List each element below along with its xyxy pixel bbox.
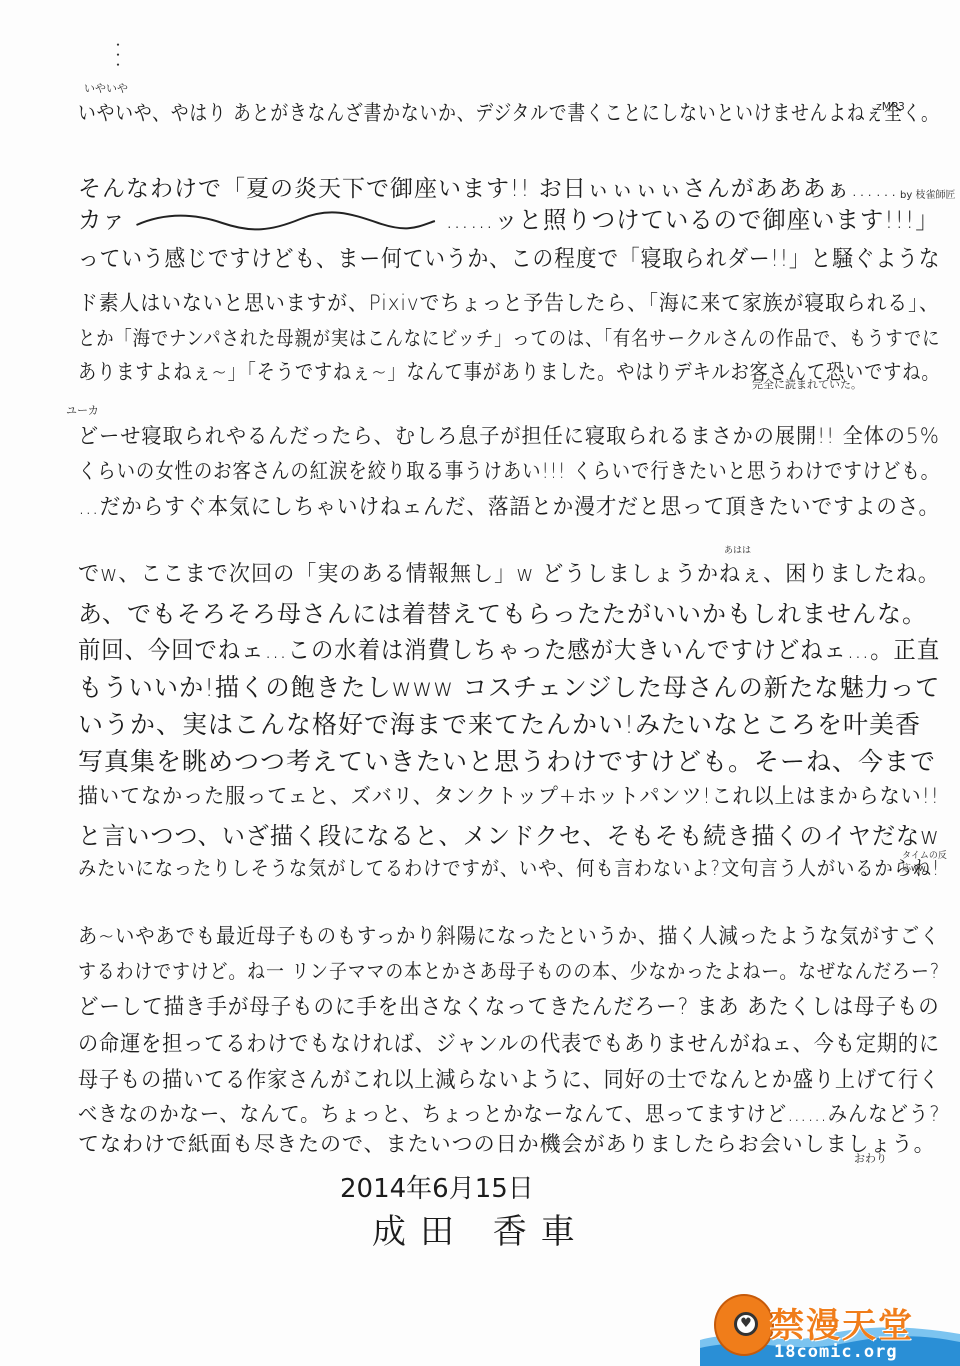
text-shining: ……ッと照りつけているので御座います!!!」 — [445, 206, 939, 234]
text-line: 描いてなかった服ってェと、ズバリ、タンクトップ+ホットパンツ!これ以上はまからな… — [78, 780, 940, 810]
text-line: ド素人はいないと思いますが、Pixivでちょっと予告したら、「海に来て家族が寝取… — [78, 287, 940, 317]
site-watermark: ♥ 禁漫天堂 18comic.org — [700, 1276, 960, 1366]
text-line: どーせ寝取られやるんだったら、むしろ息子が担任に寝取られるまさかの展開!! 全体… — [78, 420, 940, 450]
annotation-ahaha: あはは — [724, 543, 751, 556]
squiggle-line-icon — [135, 211, 437, 231]
text-line: 写真集を眺めつつ考えていきたいと思うわけですけども。そーね、今まで — [78, 742, 936, 778]
whale-mascot-icon: ♥ — [714, 1294, 774, 1356]
text-line: と言いつつ、いざ描く段になると、メンドクセ、そもそも続き描くのイヤだなw — [78, 816, 940, 851]
watermark-title: 禁漫天堂 — [770, 1298, 914, 1347]
text-line: 母子もの描いてる作家さんがこれ以上減らないように、同好の士でなんとか盛り上げて行… — [78, 1063, 940, 1094]
afterword-page: ・・・ いやいや zMP3 by 枝雀師匠 完全に読まれていた。 ユーカ あはは… — [0, 0, 960, 1366]
text-line: あ、でもそろそろ母さんには着替えてもらったたがいいかもしれませんな。 — [78, 594, 927, 629]
heart-icon: ♥ — [734, 1312, 758, 1336]
text-line: カァ ……ッと照りつけているので御座います!!!」 — [78, 200, 940, 235]
text-line: いうか、実はこんな格好で海まで来てたんかい!みたいなところを叶美香 — [78, 705, 921, 741]
text-kaa: カァ — [78, 206, 126, 234]
text-line: でw、ここまで次回の「実のある情報無し」w どうしましょうかねぇ、困りましたね。 — [78, 557, 940, 588]
annotation-by-shishou: by 枝雀師匠 — [900, 186, 955, 201]
text-line: みたいになったりしそうな気がしてるわけですが、いや、何も言わないよ?文句言う人が… — [78, 852, 940, 881]
text-line: いやいや、やはり あとがきなんざ書かないか、デジタルで書くことにしないといけませ… — [78, 97, 940, 127]
text-line: そんなわけで「夏の炎天下で御座います!! お日ぃぃぃぃさんがあああぁ…… — [78, 170, 899, 203]
text-line: …だからすぐ本気にしちゃいけねェんだ、落語とか漫才だと思って頂きたいですよのさ。 — [78, 490, 940, 521]
annotation-yuuka: ユーカ — [66, 402, 99, 418]
ellipsis-vertical-mark: ・・・ — [112, 40, 122, 70]
text-line: とか「海でナンパされた母親が実はこんなにビッチ」ってのは、「有名サークルさんの作… — [78, 322, 940, 351]
date-text: 2014年6月15日 — [340, 1168, 534, 1205]
text-line: どーして描き手が母子ものに手を出さなくなってきたんだろー? まあ あたくしは母子… — [78, 990, 940, 1021]
text-line: くらいの女性のお客さんの紅涙を絞り取る事うけあい!!! くらいで行きたいと思うわ… — [78, 455, 940, 485]
annotation-iyaiya: いやいや — [84, 80, 128, 96]
watermark-url: 18comic.org — [774, 1342, 898, 1362]
text-line: するわけですけど。ね一 リン子ママの本とかさあ母子ものの本、少なかったよねー。な… — [78, 955, 940, 984]
text-line: てなわけで紙面も尽きたので、またいつの日か機会がありましたらお会いしましょう。 — [78, 1128, 936, 1158]
text-line: 前回、今回でねェ…この水着は消費しちゃった感が大きいんですけどねェ…。正直 — [78, 630, 940, 665]
text-line: もういいか!描くの飽きたしwww コスチェンジした母さんの新たな魅力って — [78, 668, 940, 704]
text-line: ありますよねぇ~」「そうですねぇ~」なんて事がありました。やはりデキルお客さんて… — [78, 356, 940, 386]
author-signature: 成田 香車 — [372, 1204, 589, 1253]
text-line: っていう感じですけども、まー何ていうか、この程度で「寝取られダー!!」と騒ぐよう… — [78, 240, 940, 273]
text-line: べきなのかなー、なんて。ちょっと、ちょっとかなーなんて、思ってますけど……みんな… — [78, 1098, 940, 1128]
text-line: あ~いやあでも最近母子ものもすっかり斜陽になったというか、描く人減ったような気が… — [78, 920, 940, 950]
text-line: の命運を担ってるわけでもなければ、ジャンルの代表でもありませんがねェ、今も定期的… — [78, 1027, 940, 1058]
